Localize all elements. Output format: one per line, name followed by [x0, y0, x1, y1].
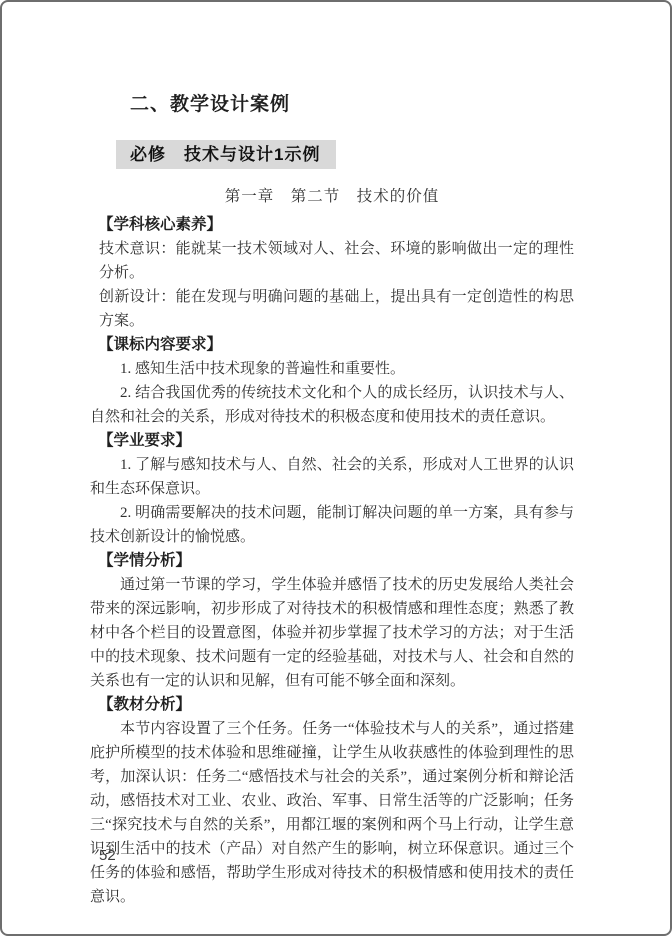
section-header: 【学业要求】: [98, 429, 574, 453]
paragraph: 2. 明确需要解决的技术问题，能制订解决问题的单一方案，具有参与技术创新设计的愉…: [90, 501, 574, 549]
section-header: 【学科核心素养】: [98, 213, 574, 237]
paragraph: 创新设计：能在发现与明确问题的基础上，提出具有一定创造性的构思方案。: [99, 285, 574, 333]
paragraph: 2. 结合我国优秀的传统技术文化和个人的成长经历，认识技术与人、自然和社会的关系…: [90, 381, 574, 429]
page-number: 52: [99, 847, 116, 864]
section-academic-requirements: 【学业要求】 1. 了解与感知技术与人、自然、社会的关系，形成对人工世界的认识和…: [90, 429, 574, 549]
document-page: 二、教学设计案例 必修 技术与设计1示例 第一章 第二节 技术的价值 【学科核心…: [0, 0, 672, 936]
paragraph: 1. 感知生活中技术现象的普遍性和重要性。: [90, 357, 574, 381]
chapter-heading: 第一章 第二节 技术的价值: [90, 185, 574, 209]
section-core-literacy: 【学科核心素养】 技术意识：能就某一技术领域对人、社会、环境的影响做出一定的理性…: [90, 213, 574, 333]
page-title: 二、教学设计案例: [130, 92, 574, 118]
section-curriculum-requirements: 【课标内容要求】 1. 感知生活中技术现象的普遍性和重要性。 2. 结合我国优秀…: [90, 333, 574, 429]
paragraph: 技术意识：能就某一技术领域对人、社会、环境的影响做出一定的理性分析。: [99, 237, 574, 285]
paragraph: 1. 了解与感知技术与人、自然、社会的关系，形成对人工世界的认识和生态环保意识。: [90, 453, 574, 501]
section-header: 【学情分析】: [98, 549, 574, 573]
section-header: 【教材分析】: [98, 693, 574, 717]
page-content: 二、教学设计案例 必修 技术与设计1示例 第一章 第二节 技术的价值 【学科核心…: [90, 2, 574, 909]
module-badge: 必修 技术与设计1示例: [116, 140, 336, 169]
section-header: 【课标内容要求】: [98, 333, 574, 357]
paragraph: 通过第一节课的学习，学生体验并感悟了技术的历史发展给人类社会带来的深远影响，初步…: [90, 573, 574, 693]
section-learner-analysis: 【学情分析】 通过第一节课的学习，学生体验并感悟了技术的历史发展给人类社会带来的…: [90, 549, 574, 693]
body-text: 【学科核心素养】 技术意识：能就某一技术领域对人、社会、环境的影响做出一定的理性…: [90, 213, 574, 909]
section-material-analysis: 【教材分析】 本节内容设置了三个任务。任务一“体验技术与人的关系”，通过搭建庇护…: [90, 693, 574, 909]
paragraph: 本节内容设置了三个任务。任务一“体验技术与人的关系”，通过搭建庇护所模型的技术体…: [90, 717, 574, 909]
